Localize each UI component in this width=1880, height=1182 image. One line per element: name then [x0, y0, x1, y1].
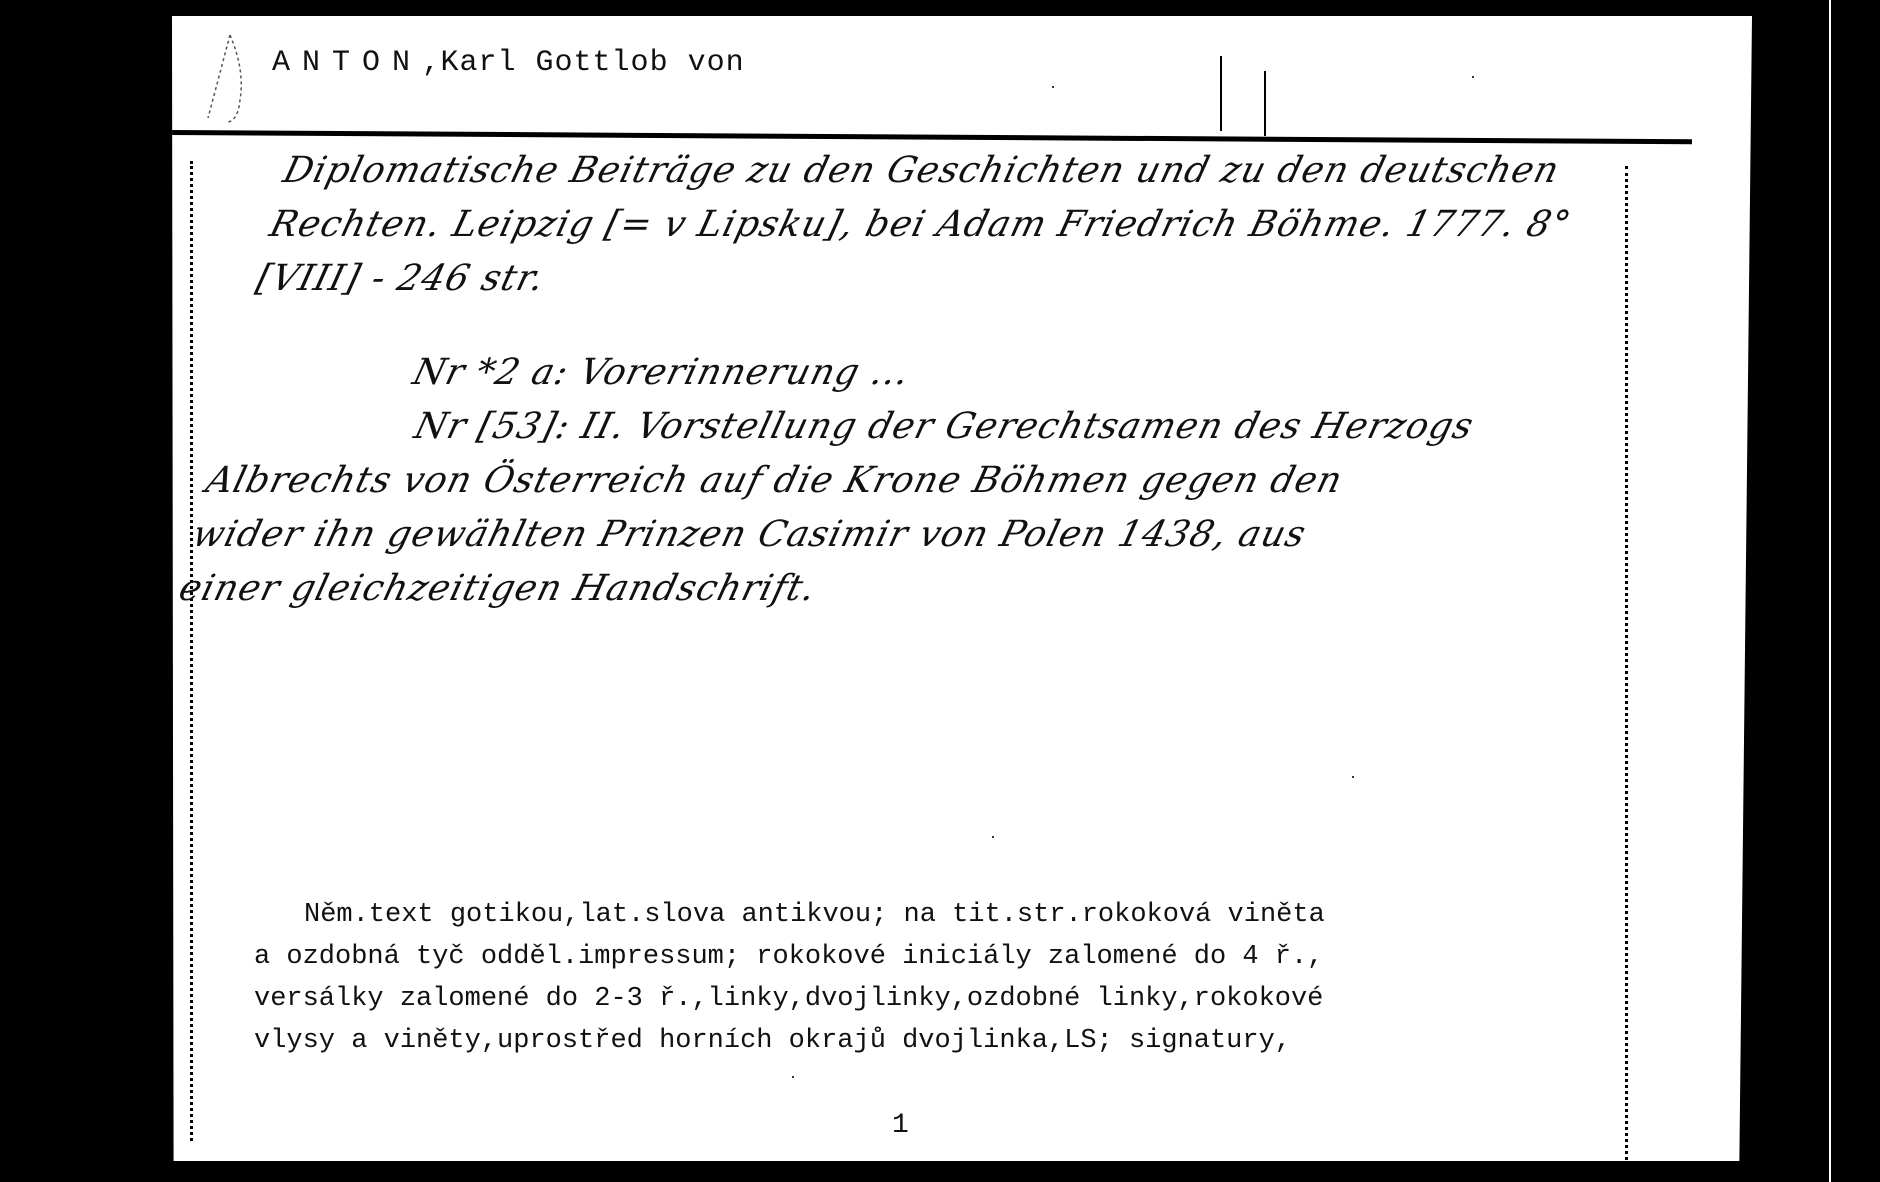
scanned-page: ANTON,Karl Gottlob von Diplomatische Bei… — [0, 0, 1880, 1182]
scan-speck — [792, 1076, 794, 1078]
catalog-card: ANTON,Karl Gottlob von Diplomatische Bei… — [172, 16, 1752, 1161]
typed-description: Něm.text gotikou,lat.slova antikvou; na … — [254, 894, 1634, 1062]
handwritten-collation-line: [VIII] - 246 str. — [250, 252, 1663, 306]
scan-speck — [1052, 86, 1054, 88]
scanner-edge-line — [1829, 0, 1831, 1182]
spacer — [240, 306, 1650, 346]
typed-line: vlysy a viněty,uprostřed horních okrajů … — [254, 1020, 1634, 1062]
scan-speck — [1352, 776, 1354, 778]
heading-surname: ANTON — [272, 46, 422, 80]
pencil-mark-icon — [200, 30, 270, 125]
handwritten-note-line: wider ihn gewählten Prinzen Casimir von … — [187, 508, 1600, 562]
margin-tick-mark — [1220, 56, 1222, 131]
heading-entry: ANTON,Karl Gottlob von — [272, 46, 745, 80]
header-rule — [172, 130, 1692, 144]
handwritten-entry: Diplomatische Beiträge zu den Geschichte… — [173, 144, 1691, 616]
typed-line: versálky zalomené do 2-3 ř.,linky,dvojli… — [254, 978, 1634, 1020]
handwritten-note-line: Albrechts von Österreich auf die Krone B… — [200, 454, 1613, 508]
heading-given-names: Karl Gottlob von — [441, 46, 745, 80]
handwritten-note-line: einer gleichzeitigen Handschrift. — [173, 562, 1586, 616]
handwritten-note-line: Nr [53]: II. Vorstellung der Gerechtsame… — [214, 400, 1627, 454]
scan-speck — [1472, 76, 1474, 78]
left-margin-line — [190, 161, 193, 1141]
heading-separator: , — [422, 46, 441, 80]
handwritten-note-line: Nr *2 a: Vorerinnerung ... — [227, 346, 1640, 400]
handwritten-title-line: Diplomatische Beiträge zu den Geschichte… — [277, 144, 1690, 198]
typed-line: Něm.text gotikou,lat.slova antikvou; na … — [254, 894, 1634, 936]
typed-line: a ozdobná tyč odděl.impressum; rokokové … — [254, 936, 1634, 978]
card-header: ANTON,Karl Gottlob von — [172, 16, 1752, 131]
scan-speck — [992, 836, 994, 838]
handwritten-imprint-line: Rechten. Leipzig [= v Lipsku], bei Adam … — [264, 198, 1677, 252]
margin-tick-mark — [1264, 71, 1266, 136]
page-number: 1 — [892, 1110, 909, 1141]
